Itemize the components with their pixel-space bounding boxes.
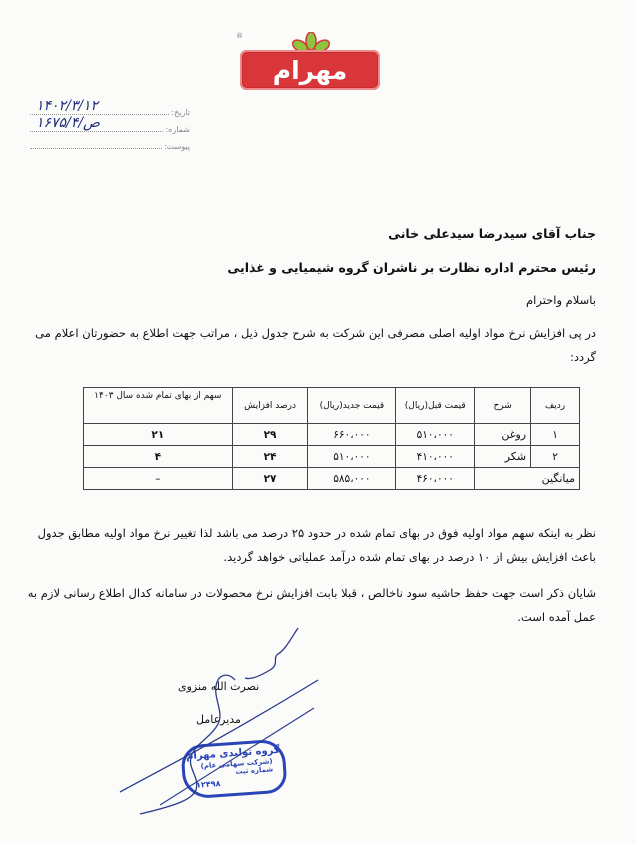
cell-share: ۴ [84,446,233,468]
header-new-price: قیمت جدید(ریال) [308,388,396,424]
cell-old-price: ۵۱۰،۰۰۰ [396,424,475,446]
date-label: تاریخ: [171,108,190,117]
attachment-row: پیوست: [30,134,190,151]
greeting: باسلام واحترام [526,293,596,307]
letter-page: ® مهرام تاریخ: ۱۴۰۲/۳/۱۲ شماره: ۱۶۷۵/ص/۴… [0,0,636,843]
cell-average-label: میانگین [475,468,580,490]
stamp-reg-number: ۱۲۴۹۸ [196,779,221,790]
price-table: ردیف شرح قیمت قبل(ریال) قیمت جدید(ریال) … [83,387,580,490]
logo-badge: مهرام [240,50,380,90]
date-value: ۱۴۰۲/۳/۱۲ [36,98,98,114]
company-stamp: گروه تولیدی مهرام (شرکت سهامی عام) شماره… [180,738,288,799]
addressee: جناب آقای سیدرضا سیدعلی خانی [388,226,596,241]
cell-average-new-price: ۵۸۵،۰۰۰ [308,468,396,490]
cell-increase-pct: ۲۴ [232,446,308,468]
table-row: ۲ شکر ۴۱۰،۰۰۰ ۵۱۰،۰۰۰ ۲۴ ۴ [84,446,580,468]
cell-increase-pct: ۲۹ [232,424,308,446]
number-row: شماره: ۱۶۷۵/ص/۴ [30,117,190,134]
cell-average-share: – [84,468,233,490]
header-desc: شرح [475,388,531,424]
cell-share: ۲۱ [84,424,233,446]
header-increase-pct: درصد افزایش [232,388,308,424]
attachment-label: پیوست: [164,142,190,151]
header-old-price: قیمت قبل(ریال) [396,388,475,424]
cell-old-price: ۴۱۰،۰۰۰ [396,446,475,468]
cell-new-price: ۶۶۰،۰۰۰ [308,424,396,446]
paragraph-intro: در پی افزایش نرخ مواد اولیه اصلی مصرفی ا… [26,321,596,369]
table-header-row: ردیف شرح قیمت قبل(ریال) قیمت جدید(ریال) … [84,388,580,424]
letter-meta: تاریخ: ۱۴۰۲/۳/۱۲ شماره: ۱۶۷۵/ص/۴ پیوست: [30,100,190,151]
cell-row-number: ۱ [531,424,580,446]
cell-average-increase-pct: ۲۷ [232,468,308,490]
number-label: شماره: [165,125,190,134]
cell-desc: روغن [475,424,531,446]
header-share: سهم از بهای تمام شده سال ۱۴۰۳ [84,388,233,424]
header-row-number: ردیف [531,388,580,424]
number-field: ۱۶۷۵/ص/۴ [30,123,163,132]
registered-mark: ® [236,32,243,40]
attachment-field [30,140,162,149]
addressee-title: رئیس محترم اداره نظارت بر ناشران گروه شی… [227,260,596,275]
cell-row-number: ۲ [531,446,580,468]
signatory-name: نصرت الله منزوی [178,680,259,693]
cell-new-price: ۵۱۰،۰۰۰ [308,446,396,468]
paragraph-impact: نظر به اینکه سهم مواد اولیه فوق در بهای … [26,521,596,569]
date-field: ۱۴۰۲/۳/۱۲ [30,106,169,115]
company-logo: ® مهرام [240,32,380,92]
signatory-title: مدیرعامل [196,713,241,726]
cell-desc: شکر [475,446,531,468]
cell-average-old-price: ۴۶۰،۰۰۰ [396,468,475,490]
logo-text: مهرام [273,56,347,85]
table-row: ۱ روغن ۵۱۰،۰۰۰ ۶۶۰،۰۰۰ ۲۹ ۲۱ [84,424,580,446]
number-value: ۱۶۷۵/ص/۴ [36,115,100,131]
paragraph-note: شایان ذکر است جهت حفظ حاشیه سود ناخالص ،… [26,581,596,629]
table-average-row: میانگین ۴۶۰،۰۰۰ ۵۸۵،۰۰۰ ۲۷ – [84,468,580,490]
